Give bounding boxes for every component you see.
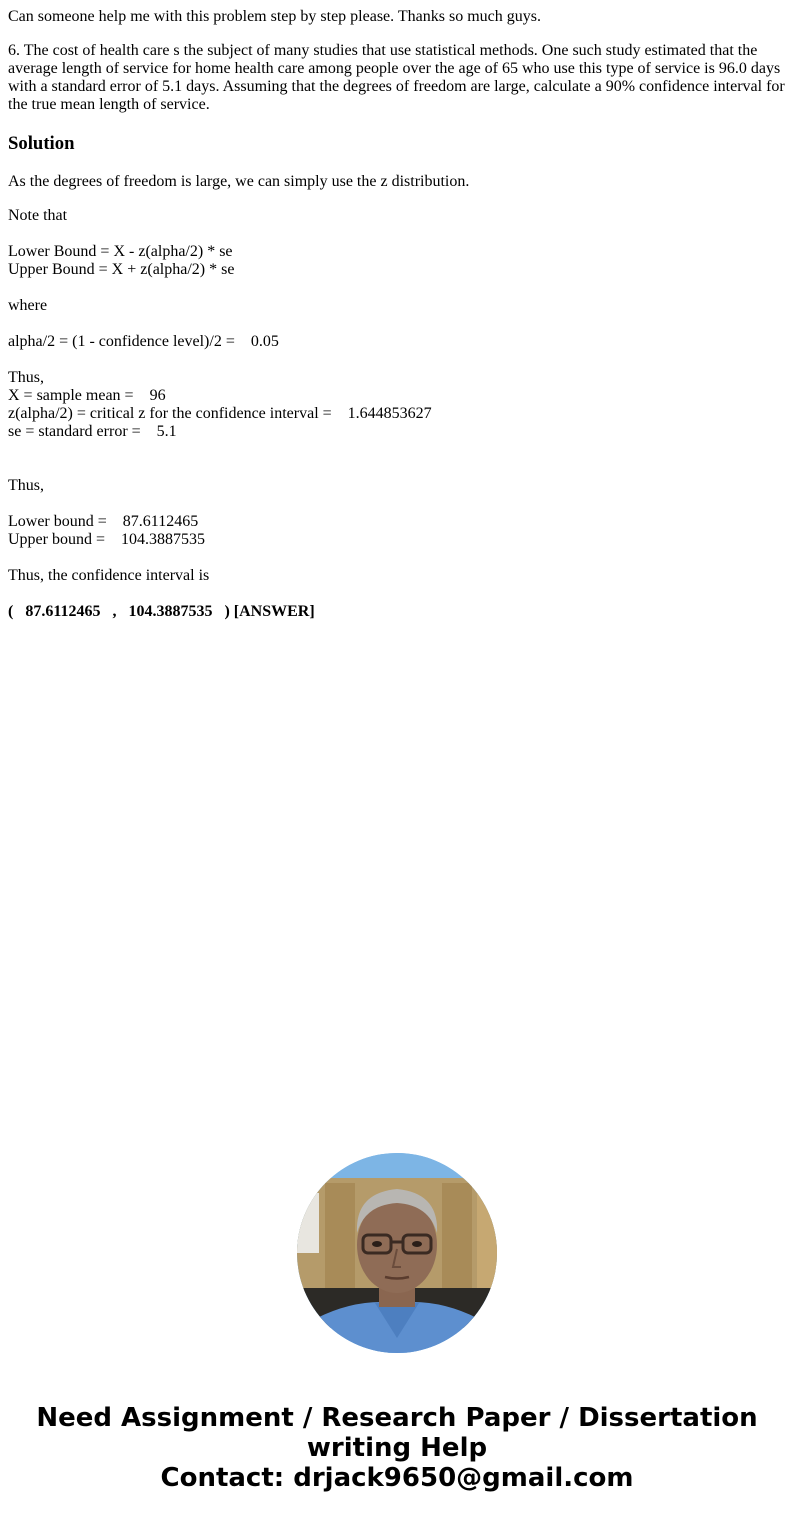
promo-banner: Need Assignment / Research Paper / Disse… (0, 1403, 794, 1493)
where-label: where (8, 297, 47, 315)
profile-photo-avatar (297, 1153, 497, 1353)
z-distribution-note: As the degrees of freedom is large, we c… (8, 173, 469, 191)
final-answer: ( 87.6112465 , 104.3887535 ) [ANSWER] (8, 603, 315, 621)
confidence-interval-label: Thus, the confidence interval is (8, 567, 209, 585)
question-text: 6. The cost of health care s the subject… (8, 42, 788, 114)
standard-error-line: se = standard error = 5.1 (8, 423, 177, 441)
critical-z-line: z(alpha/2) = critical z for the confiden… (8, 405, 432, 423)
question-intro: Can someone help me with this problem st… (8, 8, 541, 26)
alpha-line: alpha/2 = (1 - confidence level)/2 = 0.0… (8, 333, 279, 351)
note-that: Note that (8, 207, 67, 225)
lower-bound-result: Lower bound = 87.6112465 (8, 513, 198, 531)
upper-bound-formula: Upper Bound = X + z(alpha/2) * se (8, 261, 234, 279)
promo-line-1: Need Assignment / Research Paper / Disse… (0, 1403, 794, 1433)
upper-bound-result: Upper bound = 104.3887535 (8, 531, 205, 549)
lower-bound-formula: Lower Bound = X - z(alpha/2) * se (8, 243, 233, 261)
sample-mean-line: X = sample mean = 96 (8, 387, 166, 405)
promo-contact: Contact: drjack9650@gmail.com (0, 1463, 794, 1493)
promo-line-2: writing Help (0, 1433, 794, 1463)
thus-label-2: Thus, (8, 477, 44, 495)
thus-label-1: Thus, (8, 369, 44, 387)
solution-heading: Solution (8, 133, 74, 155)
person-portrait-icon (297, 1153, 497, 1353)
